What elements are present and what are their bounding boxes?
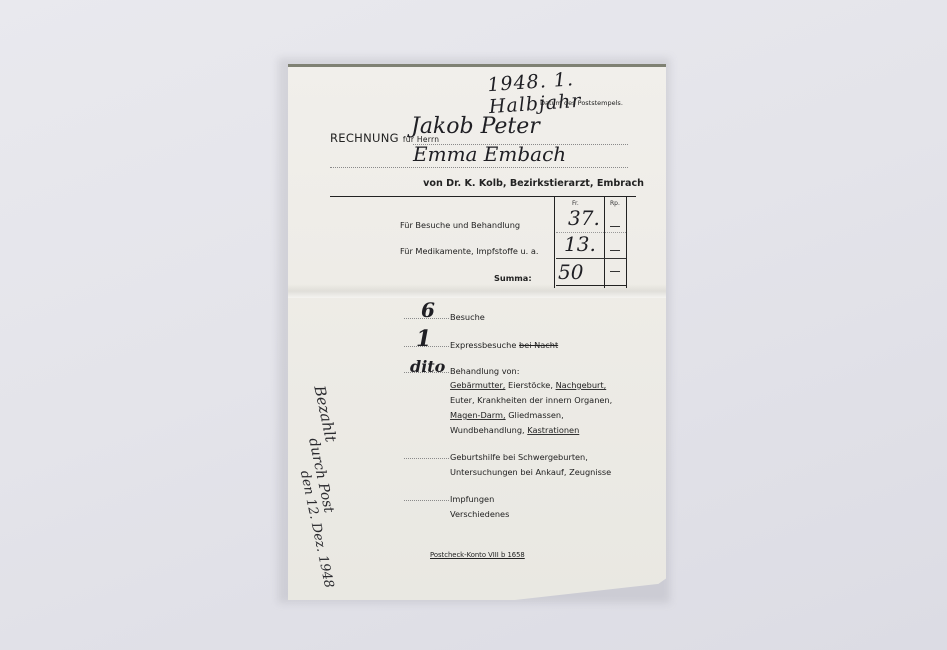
row-visits-rp (610, 226, 620, 227)
treatment-line-1: Gebärmutter, Eierstöcke, Nachgeburt, (450, 380, 606, 390)
table-divider-fr (554, 196, 555, 288)
treatment-uterus: Gebärmutter, (450, 380, 505, 390)
total-rp (610, 271, 620, 272)
payment-note: Bezahlt durch Post den 12. Dez. 1948 (280, 384, 369, 589)
birth-help-label: Geburtshilfe bei Schwergeburten, (450, 452, 588, 462)
invoice-paper: 1948. 1. Halbjahr Datum des Poststempels… (288, 64, 666, 600)
column-rp: Rp. (610, 200, 620, 207)
postmark-label: Datum des Poststempels. (540, 99, 623, 107)
treatment-label: Behandlung von: (450, 366, 520, 376)
misc-label: Verschiedenes (450, 509, 509, 519)
handwritten-date: 1948. 1. Halbjahr (487, 62, 668, 118)
visits-label: Besuche (450, 312, 485, 322)
total-bottom-rule (556, 285, 626, 286)
vaccination-count-line (404, 500, 449, 501)
treatment-wounds: Wundbehandlung, (450, 425, 527, 435)
customer-name-2: Emma Embach (413, 142, 566, 166)
treatment-limbs: Gliedmassen, (506, 410, 564, 420)
treatment-castration: Kastrationen (527, 425, 579, 435)
treatment-line-2: Euter, Krankheiten der innern Organen, (450, 395, 612, 405)
row-medication-label: Für Medikamente, Impfstoffe u. a. (400, 246, 539, 256)
inspection-label: Untersuchungen bei Ankauf, Zeugnisse (450, 467, 611, 477)
issuer: von Dr. K. Kolb, Bezirkstierarzt, Embrac… (423, 178, 644, 189)
treatment-ovaries: Eierstöcke, (505, 380, 555, 390)
total-fr: 50 (558, 260, 583, 284)
treatment-line-3: Magen-Darm, Gliedmassen, (450, 410, 564, 420)
treatment-afterbirth: Nachgeburt, (556, 380, 607, 390)
customer-name-1: Jakob Peter (411, 114, 540, 139)
invoice-title-text: RECHNUNG (330, 131, 399, 145)
table-top-rule (330, 196, 636, 197)
express-label: Expressbesuche bei Nacht (450, 340, 558, 350)
postcheck-account: Postcheck-Konto VIII b 1658 (430, 551, 525, 559)
row-medication-rp (610, 250, 620, 251)
table-divider-rp (604, 196, 605, 288)
treatment-line-4: Wundbehandlung, Kastrationen (450, 425, 579, 435)
total-label: Summa: (494, 273, 532, 283)
row-divider (556, 258, 626, 259)
row-medication-fr: 13. (564, 232, 596, 256)
visits-count: 6 (421, 298, 435, 322)
row-visits-label: Für Besuche und Behandlung (400, 220, 520, 230)
treatment-digestive: Magen-Darm, (450, 410, 506, 420)
customer-line-2 (330, 167, 628, 168)
treatment-count: dito (410, 357, 445, 376)
table-divider-right (626, 196, 627, 288)
express-text: Expressbesuche (450, 340, 516, 350)
birth-help-count-line (404, 458, 449, 459)
vaccination-label: Impfungen (450, 494, 494, 504)
express-night-struck: bei Nacht (519, 340, 558, 350)
row-visits-fr: 37. (568, 206, 600, 230)
express-count: 1 (416, 326, 431, 352)
